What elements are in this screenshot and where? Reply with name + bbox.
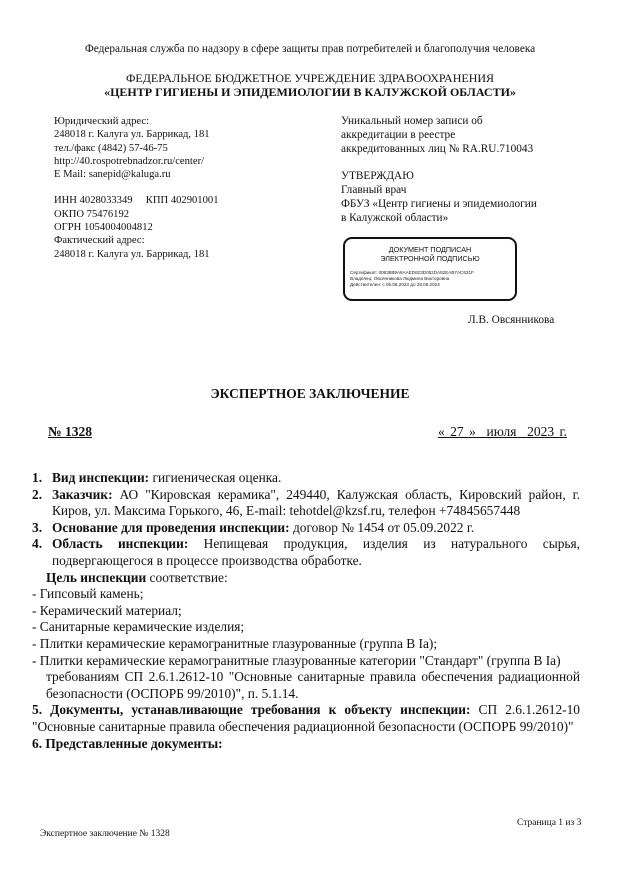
item-scope: 4. Область инспекции: Непищевая продукци… [32,536,580,569]
item-submitted-documents: 6. Представленные документы: [32,736,580,753]
item-number: 1. [32,470,52,487]
document-body: 1. Вид инспекции: гигиеническая оценка. … [32,470,580,752]
page-number: Страница 1 из 3 [517,818,581,828]
item-label: Область инспекции: [52,536,188,551]
document-title: ЭКСПЕРТНОЕ ЗАКЛЮЧЕНИЕ [0,386,620,402]
footer-document-reference: Экспертное заключение № 1328 [40,829,170,839]
actual-address-label: Фактический адрес: [54,234,219,247]
requirements-text: требованиям СП 2.6.1.2612-10 "Основные с… [32,669,580,702]
inn-kpp: ИНН 4028033349 КПП 402901001 [54,194,219,207]
approver-org-line2: в Калужской области» [341,212,537,226]
list-item: - Санитарные керамические изделия; [32,619,580,636]
item-label: Основание для проведения инспекции: [52,520,290,535]
item-number: 2. [32,487,52,520]
electronic-signature-stamp: ДОКУМЕНТ ПОДПИСАН ЭЛЕКТРОННОЙ ПОДПИСЬЮ С… [343,237,517,301]
legal-address: 248018 г. Калуга ул. Баррикад, 181 [54,128,219,141]
ogrn: ОГРН 1054004004812 [54,221,219,234]
inspection-purpose: Цель инспекции соответствие: [32,570,580,587]
approve-heading: УТВЕРЖДАЮ [341,170,537,184]
organization-name-line1: ФЕДЕРАЛЬНОЕ БЮДЖЕТНОЕ УЧРЕЖДЕНИЕ ЗДРАВОО… [0,71,620,86]
purpose-list: - Гипсовый камень; - Керамический матери… [32,586,580,669]
list-item: - Плитки керамические керамогранитные гл… [32,636,580,653]
item-number: 4. [32,536,52,569]
item-text: договор № 1454 от 05.09.2022 г. [290,520,475,535]
stamp-validity: Действителен: с 05.06.2023 до 28.08.2024 [350,282,515,288]
list-item: - Гипсовый камень; [32,586,580,603]
item-inspection-type: 1. Вид инспекции: гигиеническая оценка. [32,470,580,487]
approval-block: Уникальный номер записи об аккредитации … [341,115,537,226]
item-requirement-documents: 5. Документы, устанавливающие требования… [32,702,580,735]
accreditation-line2: аккредитации в реестре [341,129,537,143]
accreditation-number: аккредитованных лиц № RA.RU.710043 [341,143,537,157]
purpose-text: соответствие: [146,570,228,585]
item-basis: 3. Основание для проведения инспекции: д… [32,520,580,537]
item-customer: 2. Заказчик: АО "Кировская керамика", 24… [32,487,580,520]
okpo: ОКПО 75476192 [54,208,219,221]
item-text: АО "Кировская керамика", 249440, Калужск… [52,487,580,519]
purpose-label: Цель инспекции [46,570,146,585]
legal-address-label: Юридический адрес: [54,115,219,128]
signer-name: Л.В. Овсянникова [468,314,554,326]
approver-org-line1: ФБУЗ «Центр гигиены и эпидемиологии [341,198,537,212]
stamp-title-line2: ЭЛЕКТРОННОЙ ПОДПИСЬЮ [345,254,515,263]
document-number: № 1328 [48,424,92,440]
list-item: - Плитки керамические керамогранитные гл… [32,653,580,670]
stamp-title-line1: ДОКУМЕНТ ПОДПИСАН [345,245,515,254]
organization-name-line2: «ЦЕНТР ГИГИЕНЫ И ЭПИДЕМИОЛОГИИ В КАЛУЖСК… [0,85,620,100]
item-label: Вид инспекции: [52,470,149,485]
list-item: - Керамический материал; [32,603,580,620]
actual-address: 248018 г. Калуга ул. Баррикад, 181 [54,248,219,261]
document-date: « 27 » июля 2023 г. [438,424,567,440]
accreditation-line1: Уникальный номер записи об [341,115,537,129]
item-number: 3. [32,520,52,537]
agency-name: Федеральная служба по надзору в сфере за… [0,43,620,55]
email-link[interactable]: E Mail: sanepid@kaluga.ru [54,168,219,181]
phone-fax: тел./факс (4842) 57-46-75 [54,142,219,155]
item-label: Заказчик: [52,487,113,502]
item-text: гигиеническая оценка. [149,470,281,485]
website-link[interactable]: http://40.rospotrebnadzor.ru/center/ [54,155,219,168]
item-label: 5. Документы, устанавливающие требования… [32,702,470,717]
organization-requisites: Юридический адрес: 248018 г. Калуга ул. … [54,115,219,261]
approver-position: Главный врач [341,184,537,198]
